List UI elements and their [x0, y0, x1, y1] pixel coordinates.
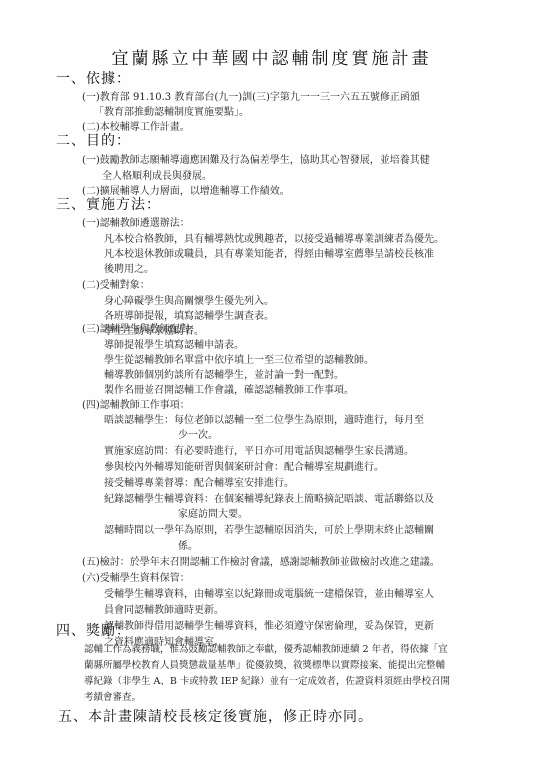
- section-3-item-2: (二)受輔對象：: [82, 276, 150, 291]
- section-4-line: 導紀錄（非學生 A、B 卡或特教 IEP 紀錄）並有一定成效者，佐證資料須經由學…: [84, 673, 450, 687]
- section-3-item-5: (五)檢討：於學年末召開認輔工作檢討會議，感謝認輔教師並做檢討改進之建議。: [82, 553, 440, 568]
- section-1-item-1-cont: 「教育部推動認輔制度實施要點」。: [94, 103, 249, 118]
- section-3-item-3-line: 製作名冊並召開認輔工作會議，確認認輔教師工作事項。: [104, 381, 354, 396]
- section-4-line: 認輔工作為義務職，惟為鼓勵認輔教師之奉獻，優秀認輔教師連續 2 年者，得依據「宜: [84, 641, 448, 655]
- section-3-item-1-line: 凡本校退休教師或職員，具有專業知能者，得經由輔導室薦舉呈請校長核准: [104, 245, 434, 260]
- section-3-item-3-line: 輔導教師個別約談所有認輔學生，並討論一對一配對。: [104, 366, 344, 381]
- section-3-item-3-line: 學生從認輔教師名單當中依序填上一至三位希望的認輔教師。: [104, 351, 374, 366]
- section-2-item-1: (一)鼓勵教師志願輔導適應困難及行為偏差學生，協助其心智發展，並培養其健: [82, 151, 430, 166]
- section-3-item-6-line: 員會同認輔教師適時更新。: [104, 601, 224, 616]
- section-3-item-4-line: 參與校內外輔導知能研習與個案研討會：配合輔導室規劃進行。: [104, 458, 384, 473]
- section-3-heading: 三、實施方法：: [56, 194, 161, 214]
- section-3-item-4-line: 係。: [178, 537, 198, 552]
- section-3-item-1-line: 凡本校合格教師，具有輔導熱忱或興趣者，以接受過輔導專業訓練者為優先。: [104, 230, 444, 245]
- section-1-item-1: (一)教育部 91.10.3 教育部台(九一)訓(三)字第九一一三一六五五號修正…: [82, 88, 420, 103]
- section-3-item-4-line: 實施家庭訪問：有必要時進行，平日亦可用電話與認輔學生家長溝通。: [104, 442, 414, 457]
- section-2-heading: 二、目的：: [56, 130, 131, 150]
- section-4-heading: 四、獎勵：: [56, 620, 131, 640]
- section-3-item-3-line: 導師提報學生填寫認輔申請表。: [104, 336, 244, 351]
- section-2-item-1-cont: 全人格順利成長與發展。: [102, 167, 212, 182]
- section-3-item-4-line: 晤談認輔學生：每位老師以認輔一至二位學生為原則，適時進行，每月至: [104, 411, 424, 426]
- section-3-item-4-line: 接受輔導專業督導：配合輔導室安排進行。: [104, 474, 294, 489]
- section-3-item-1-line: 後聘用之。: [104, 260, 154, 275]
- section-3-item-4-line: 認輔時間以一學年為原則，若學生認輔原因消失，可於上學期末終止認輔關: [104, 521, 434, 536]
- section-3-item-2-line: 身心障礙學生與高關懷學生優先列入。: [104, 292, 274, 307]
- section-3-item-6-line: 受輔學生輔導資料，由輔導室以紀錄冊或電腦統一建檔保管，並由輔導室人: [104, 585, 434, 600]
- section-3-item-4-line: 家庭訪問大要。: [178, 505, 248, 520]
- section-3-item-1: (一)認輔教師遴選辦法：: [82, 214, 190, 229]
- section-4-line: 考績會審查。: [84, 689, 141, 703]
- section-3-item-4-line: 紀錄認輔學生輔導資料：在個案輔導紀錄表上簡略摘記晤談、電話聯絡以及: [104, 490, 434, 505]
- section-3-item-6: (六)受輔學生資料保管：: [82, 569, 190, 584]
- section-3-item-4: (四)認輔教師工作事項：: [82, 396, 190, 411]
- document-title: 宜蘭縣立中華國中認輔制度實施計畫: [0, 44, 543, 69]
- section-4-line: 蘭縣所屬學校教育人員獎懲裁量基準」從優敘獎，敘獎標準以實際接案、能提出完整輔: [84, 657, 445, 671]
- section-1-heading: 一、依據：: [56, 68, 131, 88]
- section-3-item-3: (三)認輔學生與教師配對：: [82, 320, 200, 335]
- section-3-item-4-line: 少一次。: [178, 426, 218, 441]
- section-3-item-6-line: 認輔教師得借用認輔學生輔導資料，惟必須遵守保密倫理，妥為保管，更新: [104, 617, 434, 632]
- section-5-heading: 五、本計畫陳請校長核定後實施，修正時亦同。: [58, 706, 373, 726]
- document-page: 宜蘭縣立中華國中認輔制度實施計畫 一、依據： (一)教育部 91.10.3 教育…: [0, 0, 543, 768]
